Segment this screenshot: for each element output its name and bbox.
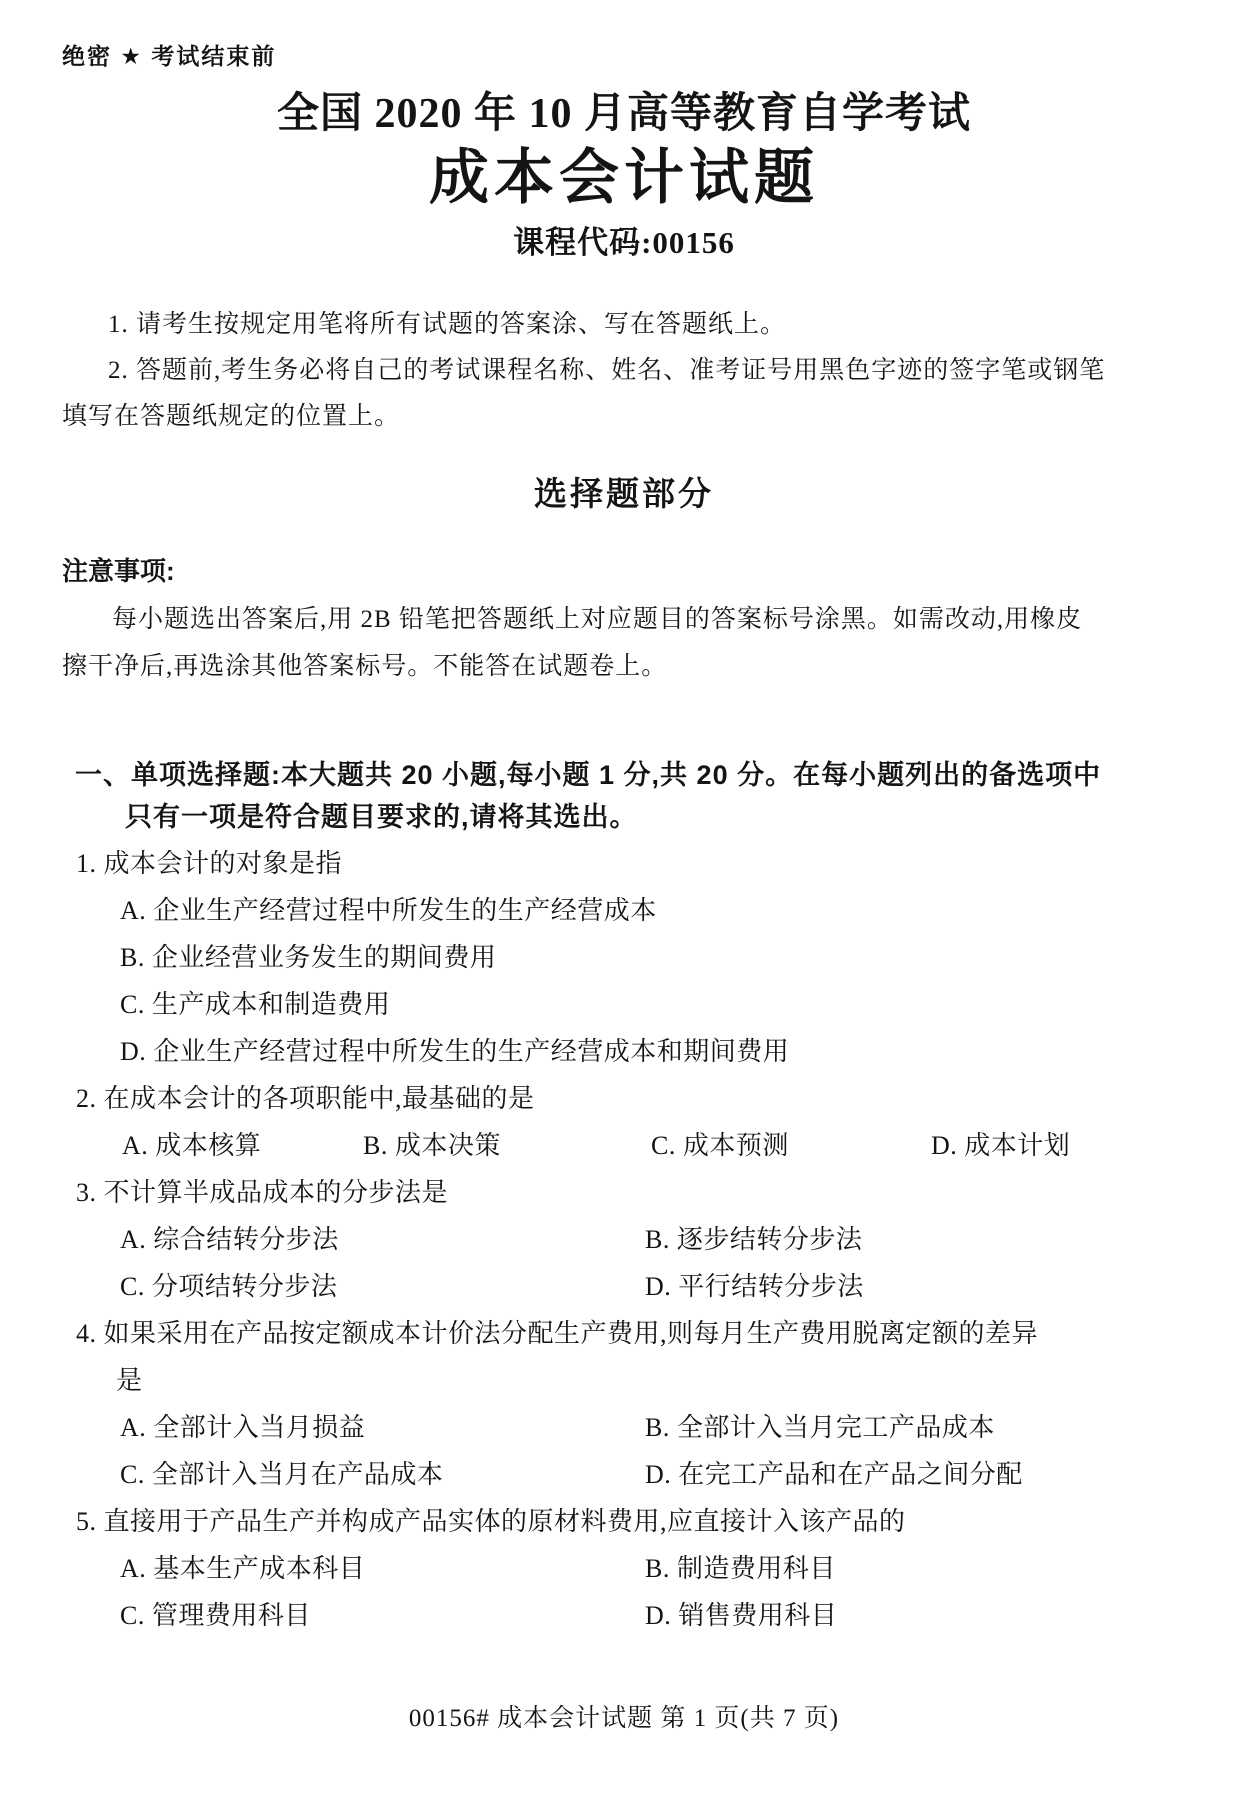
notice-line: 每小题选出答案后,用 2B 铅笔把答题纸上对应题目的答案标号涂黑。如需改动,用橡…	[62, 596, 1190, 643]
question-3-option-d: D. 平行结转分步法	[645, 1263, 1190, 1310]
instruction-1-line: 1. 请考生按规定用笔将所有试题的答案涂、写在答题纸上。	[62, 302, 1190, 348]
notice-block: 注意事项: 每小题选出答案后,用 2B 铅笔把答题纸上对应题目的答案标号涂黑。如…	[62, 556, 1190, 690]
question-1-option-c: C. 生产成本和制造费用	[62, 981, 1190, 1028]
security-banner: 绝密 ★ 考试结束前	[62, 38, 1248, 71]
instruction-1: 1. 请考生按规定用笔将所有试题的答案涂、写在答题纸上。	[62, 302, 1190, 348]
instruction-2: 2. 答题前,考生务必将自己的考试课程名称、姓名、准考证号用黑色字迹的签字笔或钢…	[62, 348, 1190, 440]
question-1-option-a: A. 企业生产经营过程中所发生的生产经营成本	[62, 887, 1190, 934]
question-2-stem: 2. 在成本会计的各项职能中,最基础的是	[62, 1075, 1190, 1122]
notice-label: 注意事项:	[62, 556, 1190, 586]
question-5-stem: 5. 直接用于产品生产并构成产品实体的原材料费用,应直接计入该产品的	[62, 1498, 1190, 1545]
notice-paragraph: 每小题选出答案后,用 2B 铅笔把答题纸上对应题目的答案标号涂黑。如需改动,用橡…	[62, 596, 1190, 690]
question-5-options: A. 基本生产成本科目 B. 制造费用科目 C. 管理费用科目 D. 销售费用科…	[62, 1545, 1190, 1639]
page-footer: 00156# 成本会计试题 第 1 页(共 7 页)	[0, 1698, 1248, 1734]
question-4: 4. 如果采用在产品按定额成本计价法分配生产费用,则每月生产费用脱离定额的差异 …	[62, 1310, 1190, 1498]
question-3-option-a: A. 综合结转分步法	[120, 1216, 645, 1263]
part-one-heading-line: 只有一项是符合题目要求的,请将其选出。	[62, 796, 1190, 838]
question-1-option-d: D. 企业生产经营过程中所发生的生产经营成本和期间费用	[62, 1028, 1190, 1075]
question-3-option-b: B. 逐步结转分步法	[645, 1216, 1190, 1263]
question-5-option-c: C. 管理费用科目	[120, 1592, 645, 1639]
question-3: 3. 不计算半成品成本的分步法是 A. 综合结转分步法 B. 逐步结转分步法 C…	[62, 1169, 1190, 1310]
question-3-options: A. 综合结转分步法 B. 逐步结转分步法 C. 分项结转分步法 D. 平行结转…	[62, 1216, 1190, 1310]
question-1: 1. 成本会计的对象是指 A. 企业生产经营过程中所发生的生产经营成本 B. 企…	[62, 840, 1190, 1075]
question-2-option-c: C. 成本预测	[651, 1122, 789, 1169]
question-5-option-a: A. 基本生产成本科目	[120, 1545, 645, 1592]
instruction-2-line: 2. 答题前,考生务必将自己的考试课程名称、姓名、准考证号用黑色字迹的签字笔或钢…	[62, 348, 1190, 394]
question-5-option-d: D. 销售费用科目	[645, 1592, 1190, 1639]
question-2-option-b: B. 成本决策	[363, 1122, 501, 1169]
question-2-option-d: D. 成本计划	[931, 1122, 1070, 1169]
question-2-option-a: A. 成本核算	[122, 1122, 261, 1169]
exam-session-title: 全国 2020 年 10 月高等教育自学考试	[0, 91, 1248, 137]
part-one-heading-line: 一、单项选择题:本大题共 20 小题,每小题 1 分,共 20 分。在每小题列出…	[62, 754, 1190, 796]
question-4-stem: 4. 如果采用在产品按定额成本计价法分配生产费用,则每月生产费用脱离定额的差异	[62, 1310, 1190, 1357]
question-2: 2. 在成本会计的各项职能中,最基础的是 A. 成本核算 B. 成本决策 C. …	[62, 1075, 1190, 1169]
notice-line: 擦干净后,再选涂其他答案标号。不能答在试题卷上。	[62, 643, 1190, 690]
question-4-option-c: C. 全部计入当月在产品成本	[120, 1451, 645, 1498]
part-one-heading: 一、单项选择题:本大题共 20 小题,每小题 1 分,共 20 分。在每小题列出…	[62, 754, 1190, 838]
section-heading: 选择题部分	[0, 474, 1248, 514]
question-5: 5. 直接用于产品生产并构成产品实体的原材料费用,应直接计入该产品的 A. 基本…	[62, 1498, 1190, 1639]
question-4-option-b: B. 全部计入当月完工产品成本	[645, 1404, 1190, 1451]
question-5-option-b: B. 制造费用科目	[645, 1545, 1190, 1592]
exam-paper-page: 绝密 ★ 考试结束前 全国 2020 年 10 月高等教育自学考试 成本会计试题…	[0, 0, 1248, 1793]
course-code: 课程代码:00156	[0, 225, 1248, 260]
question-4-stem-continued: 是	[62, 1357, 1190, 1404]
question-4-option-a: A. 全部计入当月损益	[120, 1404, 645, 1451]
question-1-stem: 1. 成本会计的对象是指	[62, 840, 1190, 887]
question-2-options: A. 成本核算 B. 成本决策 C. 成本预测 D. 成本计划	[62, 1122, 1190, 1169]
question-4-options: A. 全部计入当月损益 B. 全部计入当月完工产品成本 C. 全部计入当月在产品…	[62, 1404, 1190, 1498]
instruction-2-line: 填写在答题纸规定的位置上。	[62, 394, 1190, 440]
question-3-option-c: C. 分项结转分步法	[120, 1263, 645, 1310]
question-3-stem: 3. 不计算半成品成本的分步法是	[62, 1169, 1190, 1216]
exam-subject-title: 成本会计试题	[0, 145, 1248, 211]
question-list: 1. 成本会计的对象是指 A. 企业生产经营过程中所发生的生产经营成本 B. 企…	[62, 840, 1190, 1639]
question-4-option-d: D. 在完工产品和在产品之间分配	[645, 1451, 1190, 1498]
general-instructions: 1. 请考生按规定用笔将所有试题的答案涂、写在答题纸上。 2. 答题前,考生务必…	[62, 302, 1190, 440]
question-1-option-b: B. 企业经营业务发生的期间费用	[62, 934, 1190, 981]
